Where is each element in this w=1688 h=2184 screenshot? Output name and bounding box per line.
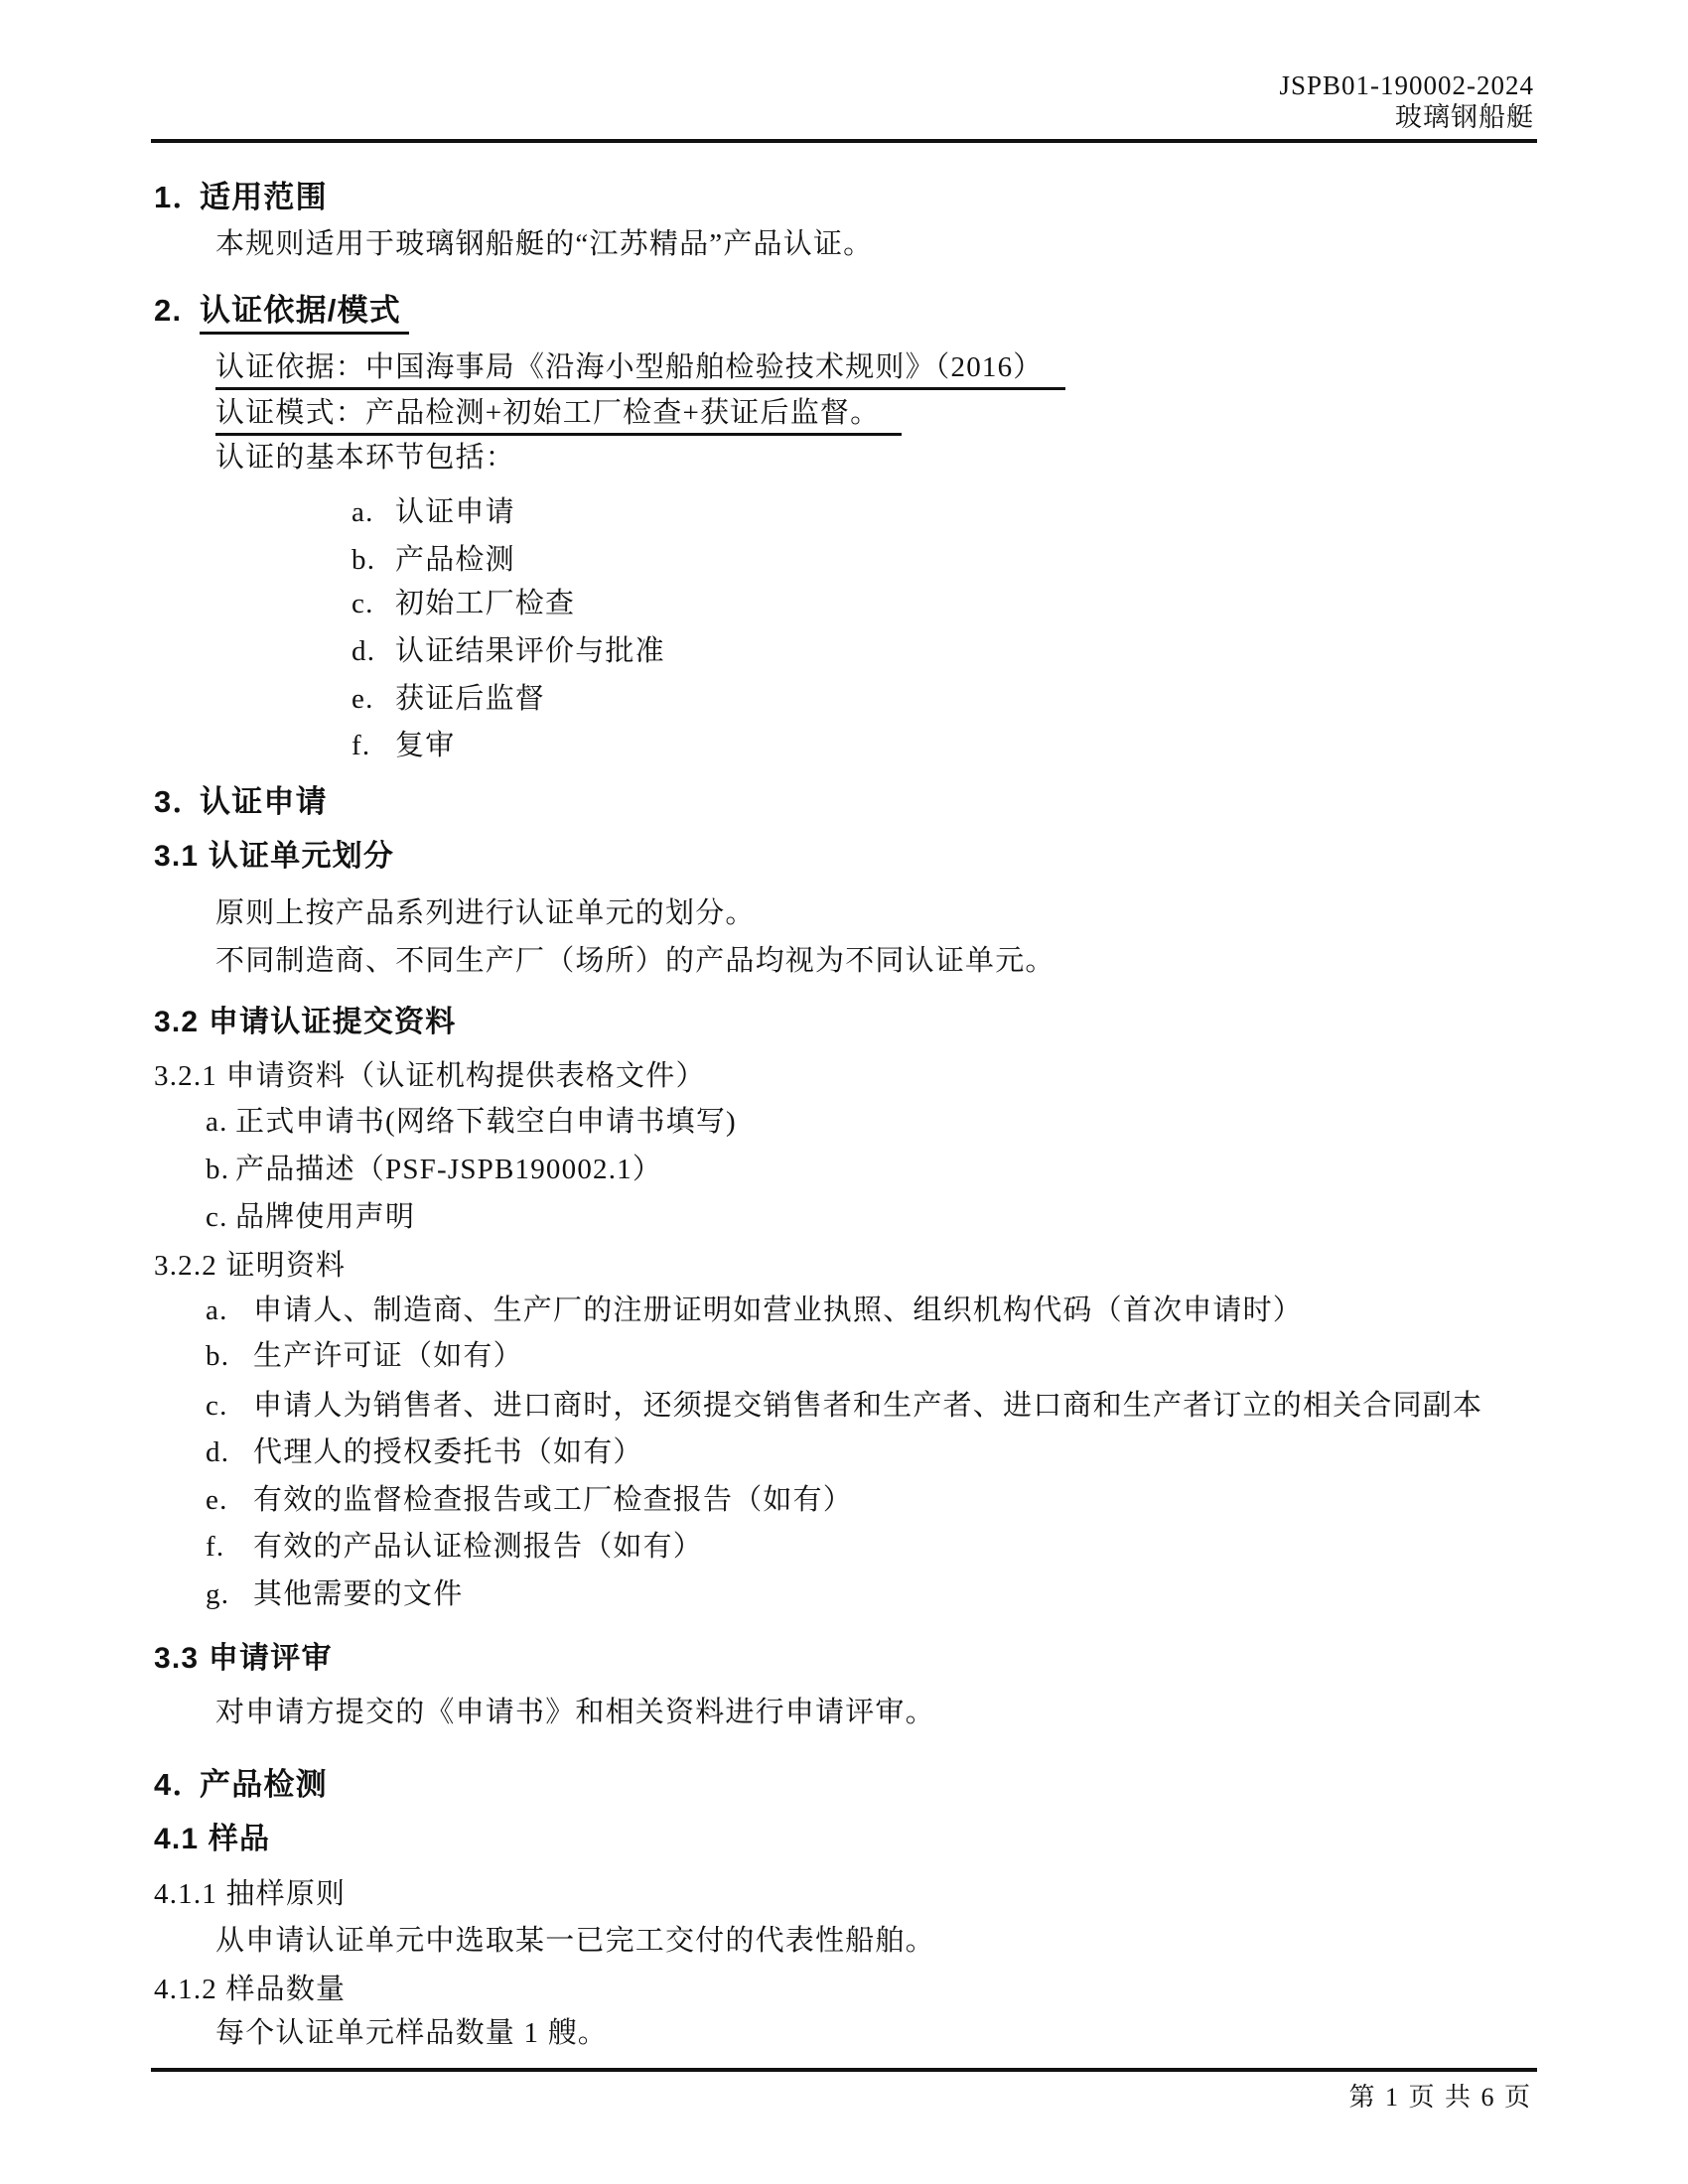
list-item: d.代理人的授权委托书（如有） — [206, 1435, 643, 1470]
section-1-body: 本规则适用于玻璃钢船艇的“江苏精品”产品认证。 — [215, 227, 873, 262]
list-item: e.获证后监督 — [352, 682, 545, 717]
document-page: JSPB01-190002-2024 玻璃钢船艇 1．适用范围 本规则适用于玻璃… — [0, 0, 1688, 2184]
section-1-heading: 1．适用范围 — [154, 179, 328, 215]
section-3-2-1-heading: 3.2.1 申请资料（认证机构提供表格文件） — [154, 1059, 706, 1094]
steps-intro: 认证的基本环节包括： — [215, 441, 515, 476]
list-item: d.认证结果评价与批准 — [352, 634, 665, 669]
section-4-1-1-heading: 4.1.1 抽样原则 — [154, 1877, 346, 1912]
paragraph: 原则上按产品系列进行认证单元的划分。 — [215, 896, 756, 931]
item-text: 生产许可证（如有） — [253, 1340, 523, 1372]
item-text: 初始工厂检查 — [395, 588, 575, 619]
item-label: b. — [206, 1339, 253, 1374]
section-3-heading: 3．认证申请 — [154, 783, 328, 820]
item-label: c. — [206, 1389, 253, 1424]
item-label: a. — [206, 1294, 253, 1328]
certification-mode: 认证模式：产品检测+初始工厂检查+获证后监督。 — [215, 396, 902, 431]
paragraph: 不同制造商、不同生产厂（场所）的产品均视为不同认证单元。 — [215, 944, 1055, 979]
list-item: e.有效的监督检查报告或工厂检查报告（如有） — [206, 1483, 853, 1518]
heading-title: 适用范围 — [200, 180, 328, 214]
item-label: e. — [352, 682, 395, 717]
list-item: b.产品检测 — [352, 543, 515, 578]
item-label: d. — [206, 1435, 253, 1470]
item-text: 代理人的授权委托书（如有） — [253, 1436, 643, 1468]
item-text: 获证后监督 — [395, 683, 545, 715]
item-text: 产品描述（PSF-JSPB190002.1） — [235, 1154, 662, 1185]
item-text: 认证申请 — [395, 496, 515, 528]
list-item: b.产品描述（PSF-JSPB190002.1） — [206, 1153, 662, 1187]
list-item: f.有效的产品认证检测报告（如有） — [206, 1530, 703, 1565]
heading-number: 1． — [154, 179, 200, 215]
list-item: c.申请人为销售者、进口商时，还须提交销售者和生产者、进口商和生产者订立的相关合… — [206, 1389, 1482, 1424]
heading-title: 认证申请 — [200, 784, 328, 819]
section-3-3-heading: 3.3 申请评审 — [154, 1641, 333, 1677]
item-text: 申请人、制造商、生产厂的注册证明如营业执照、组织机构代码（首次申请时） — [253, 1295, 1303, 1326]
paragraph: 从申请认证单元中选取某一已完工交付的代表性船舶。 — [215, 1924, 935, 1959]
certification-basis: 认证依据：中国海事局《沿海小型船舶检验技术规则》（2016） — [215, 350, 1065, 385]
item-label: f. — [206, 1530, 253, 1565]
item-label: c. — [206, 1200, 235, 1235]
item-label: d. — [352, 634, 395, 669]
list-item: a.认证申请 — [352, 495, 515, 530]
list-item: c.品牌使用声明 — [206, 1200, 415, 1235]
item-label: a. — [206, 1105, 235, 1140]
page-indicator: 第 1 页 共 6 页 — [1348, 2077, 1532, 2114]
header-doc-subject: 玻璃钢船艇 — [1395, 103, 1534, 133]
item-text: 有效的监督检查报告或工厂检查报告（如有） — [253, 1484, 853, 1516]
list-item: f.复审 — [352, 729, 455, 763]
item-text: 复审 — [395, 730, 455, 761]
item-text: 其他需要的文件 — [253, 1578, 463, 1610]
list-item: c.初始工厂检查 — [352, 587, 575, 621]
section-3-2-2-heading: 3.2.2 证明资料 — [154, 1249, 346, 1284]
section-4-1-2-heading: 4.1.2 样品数量 — [154, 1973, 346, 2007]
header-doc-number: JSPB01-190002-2024 — [1279, 71, 1534, 101]
item-text: 正式申请书(网络下载空白申请书填写) — [235, 1106, 737, 1138]
item-label: g. — [206, 1577, 253, 1612]
item-label: e. — [206, 1483, 253, 1518]
list-item: b.生产许可证（如有） — [206, 1339, 523, 1374]
item-text: 有效的产品认证检测报告（如有） — [253, 1531, 703, 1563]
list-item: a.正式申请书(网络下载空白申请书填写) — [206, 1105, 737, 1140]
list-item: g.其他需要的文件 — [206, 1577, 463, 1612]
section-4-heading: 4．产品检测 — [154, 1766, 328, 1803]
item-text: 品牌使用声明 — [235, 1201, 415, 1233]
item-label: b. — [352, 543, 395, 578]
section-4-1-heading: 4.1 样品 — [154, 1822, 270, 1857]
heading-number: 4． — [154, 1766, 200, 1803]
item-label: b. — [206, 1153, 235, 1187]
item-label: a. — [352, 495, 395, 530]
paragraph: 每个认证单元样品数量 1 艘。 — [215, 2016, 608, 2051]
item-text: 产品检测 — [395, 544, 515, 576]
list-item: a.申请人、制造商、生产厂的注册证明如营业执照、组织机构代码（首次申请时） — [206, 1294, 1303, 1328]
section-2-heading: 2.认证依据/模式 — [154, 292, 409, 329]
item-label: f. — [352, 729, 395, 763]
heading-title: 产品检测 — [200, 1767, 328, 1802]
header-rule — [151, 139, 1537, 143]
item-label: c. — [352, 587, 395, 621]
footer-rule — [151, 2068, 1537, 2072]
heading-title: 认证依据/模式 — [200, 293, 409, 335]
heading-number: 2. — [154, 292, 200, 329]
heading-number: 3． — [154, 783, 200, 820]
item-text: 申请人为销售者、进口商时，还须提交销售者和生产者、进口商和生产者订立的相关合同副… — [253, 1390, 1482, 1422]
item-text: 认证结果评价与批准 — [395, 635, 665, 667]
section-3-1-heading: 3.1 认证单元划分 — [154, 839, 394, 875]
section-3-2-heading: 3.2 申请认证提交资料 — [154, 1005, 456, 1040]
paragraph: 对申请方提交的《申请书》和相关资料进行申请评审。 — [215, 1696, 935, 1730]
